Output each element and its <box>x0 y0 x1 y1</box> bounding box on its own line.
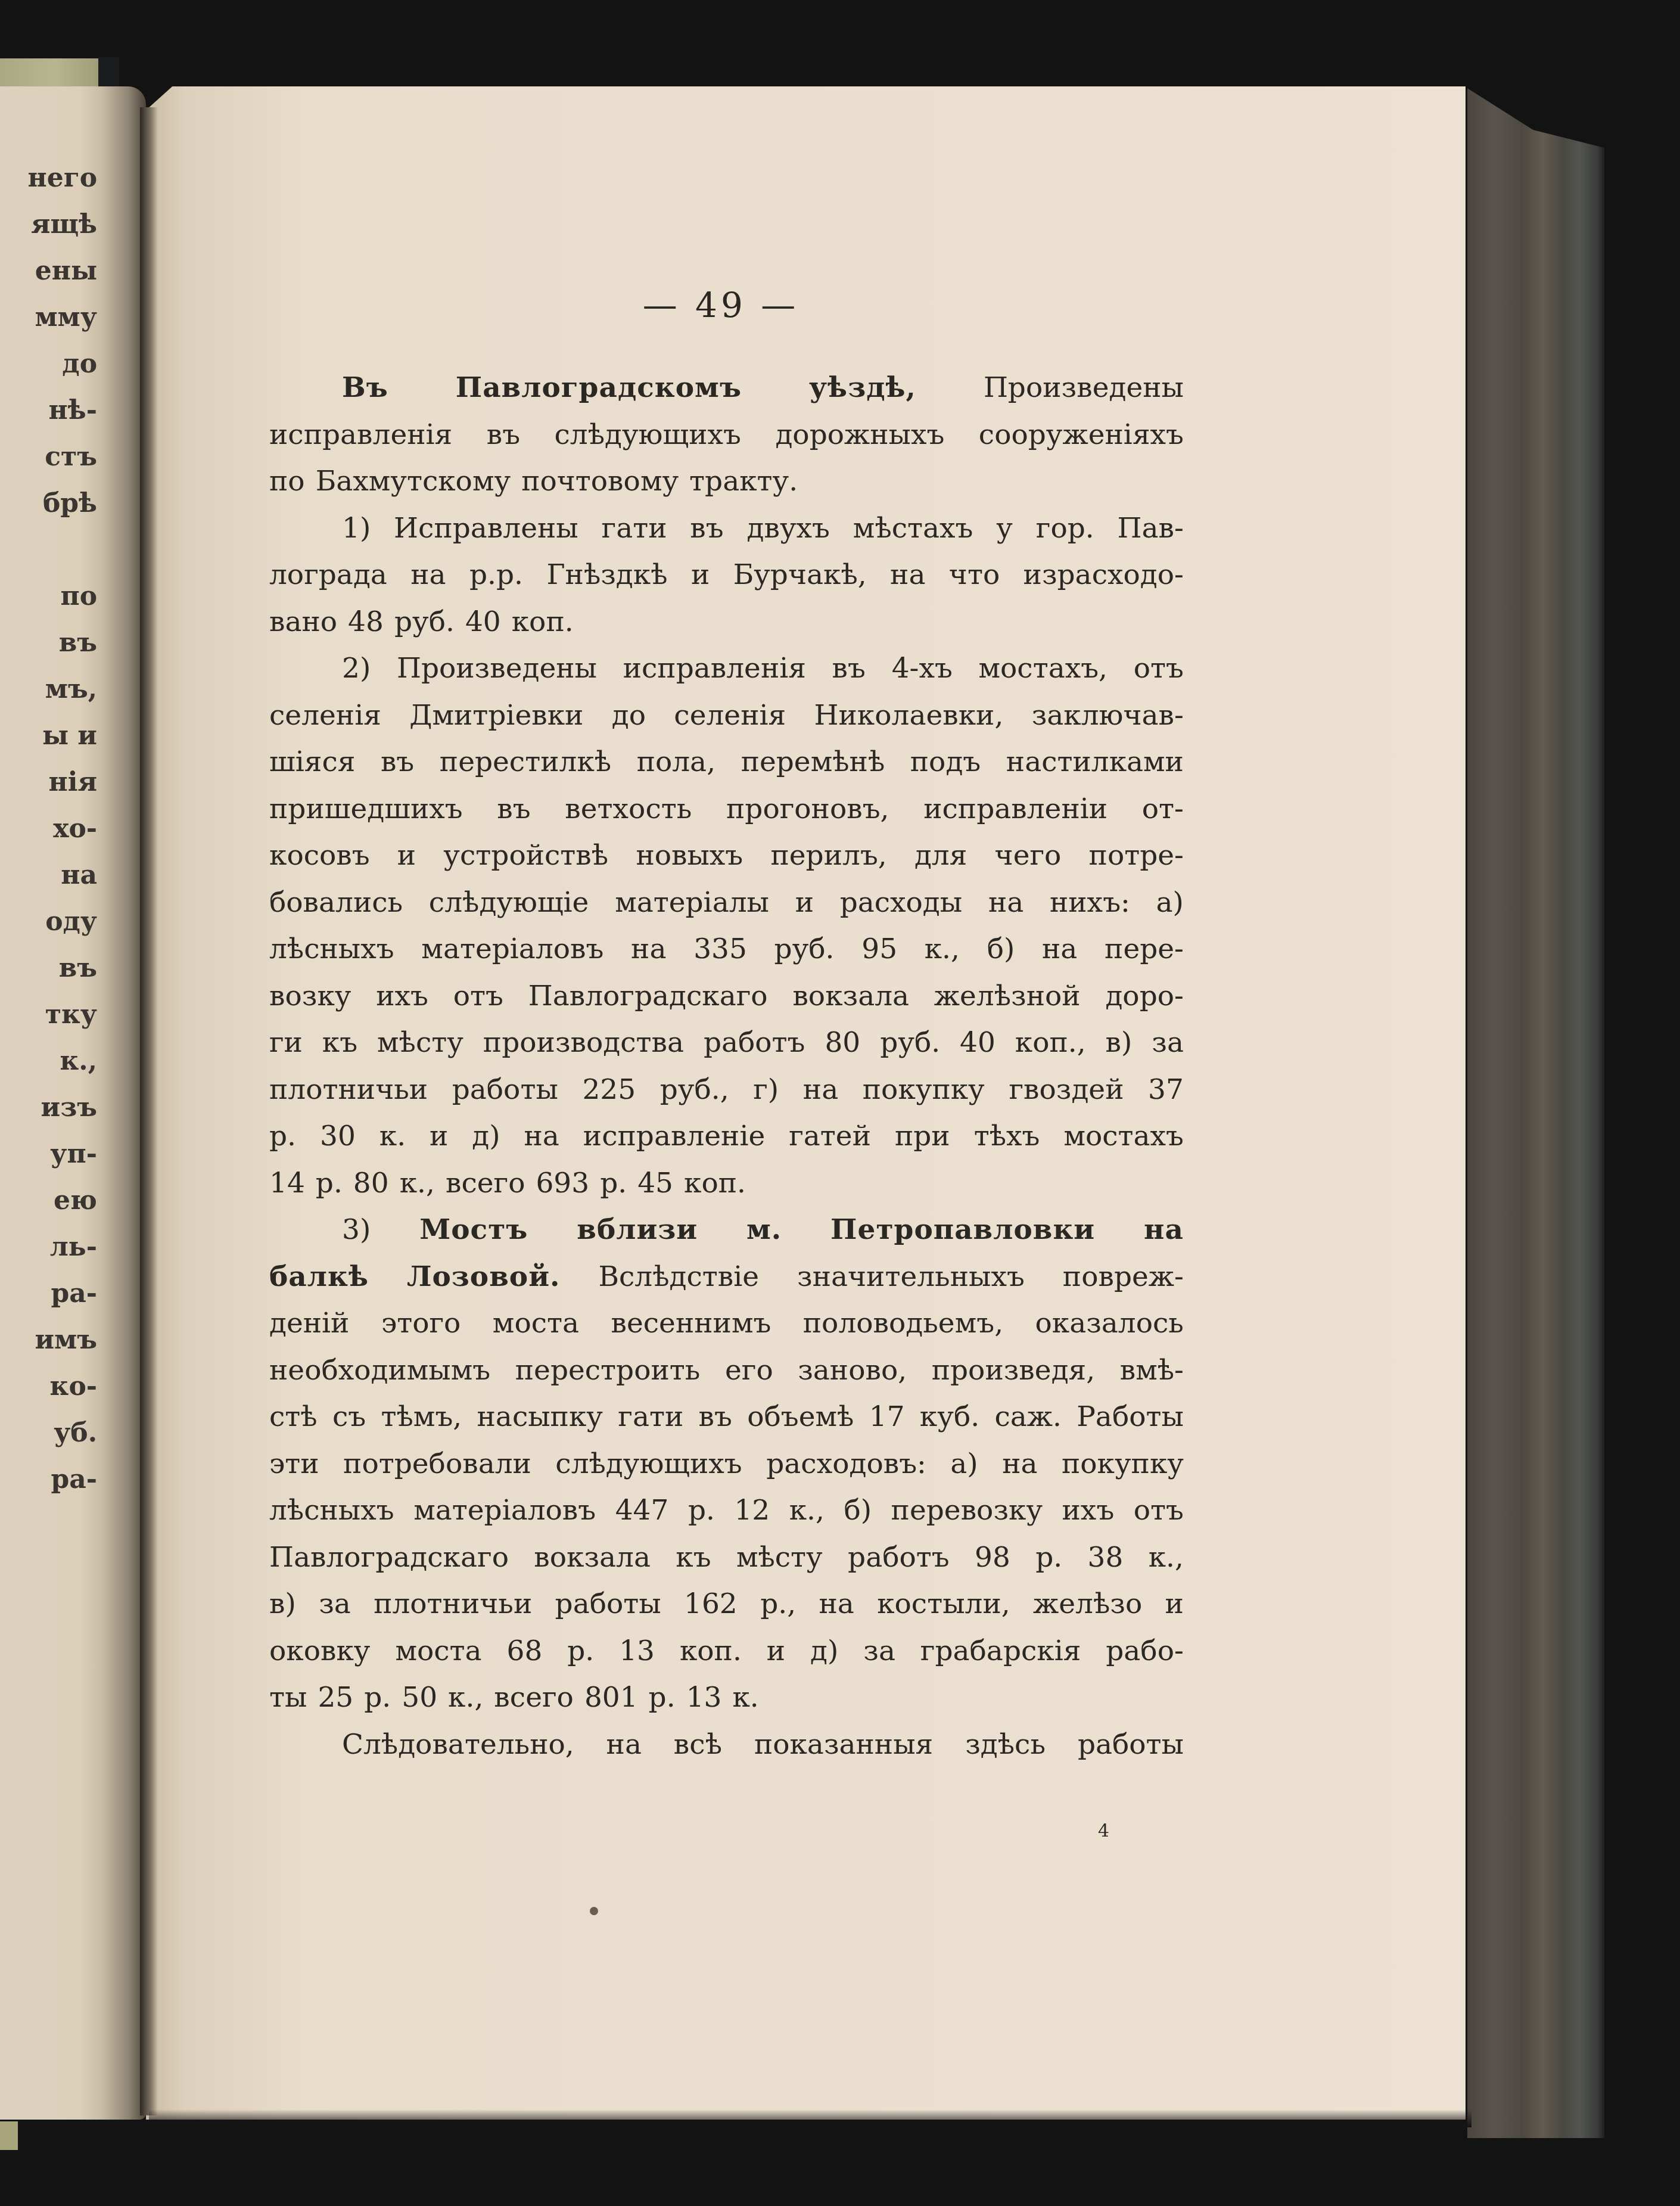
word: Николаевки, <box>814 692 1004 740</box>
word: к. <box>379 1113 406 1160</box>
left-page-fragment: по <box>60 573 97 620</box>
word: при <box>895 1113 950 1160</box>
word: к., <box>789 1487 825 1534</box>
word: израсходо- <box>1023 552 1184 599</box>
word: слѣдующихъ <box>554 412 741 459</box>
left-page-fragment: тку <box>45 992 97 1038</box>
word: половодьемъ, <box>803 1300 1003 1347</box>
word: Вслѣдствіе <box>598 1254 759 1301</box>
word: заключав- <box>1032 692 1184 740</box>
word: а) <box>1156 880 1184 927</box>
left-page-fragment: брѣ <box>43 480 97 527</box>
left-page-fragment: изъ <box>41 1085 97 1131</box>
word: въ <box>832 645 866 692</box>
word: всего <box>494 1674 574 1722</box>
word: его <box>725 1347 773 1394</box>
text-line: пришедшихъвъветхостьпрогоновъ,исправлені… <box>269 786 1184 833</box>
word: 3) <box>342 1207 371 1254</box>
word: желѣзной <box>934 973 1081 1020</box>
word: косовъ <box>269 832 370 880</box>
word: прогоновъ, <box>726 786 889 833</box>
word: моста <box>395 1628 481 1675</box>
text-line: р.30к.ид)наисправленіегатейпритѣхъмостах… <box>269 1113 1184 1160</box>
word: костыли, <box>877 1581 1010 1628</box>
left-page-fragment: к., <box>60 1038 97 1085</box>
word: Слѣдовательно, <box>342 1722 574 1769</box>
word: объемѣ <box>747 1394 854 1441</box>
word: на <box>1042 926 1077 973</box>
text-line: 14р.80к.,всего693р.45коп. <box>269 1160 1184 1207</box>
word: чего <box>995 832 1062 880</box>
word: здѣсь <box>965 1722 1046 1769</box>
text-line: Слѣдовательно,навсѣпоказанныяздѣсьработы <box>269 1722 1184 1769</box>
word: грабарскія <box>920 1628 1081 1675</box>
word: на <box>1002 1441 1037 1488</box>
word: р. <box>364 1674 391 1722</box>
word: а) <box>950 1441 978 1488</box>
word: в) <box>1106 1020 1133 1067</box>
word: расходовъ: <box>766 1441 926 1488</box>
word: слѣдующихъ <box>555 1441 742 1488</box>
text-line: в)заплотничьиработы162р.,накостыли,желѣз… <box>269 1581 1184 1628</box>
word: гвоздей <box>1009 1067 1124 1114</box>
word: мѣсту <box>736 1534 823 1582</box>
word: пере- <box>1105 926 1184 973</box>
word: р., <box>760 1581 796 1628</box>
word: до <box>612 692 646 740</box>
word: перевозку <box>891 1487 1043 1534</box>
word: и <box>767 1628 785 1675</box>
word: р. <box>567 1628 594 1675</box>
word: р. <box>316 1160 343 1207</box>
word: новыхъ <box>636 832 743 880</box>
text-line: этипотребовалислѣдующихърасходовъ:а)напо… <box>269 1441 1184 1488</box>
word: исправленія <box>623 645 806 692</box>
left-page-fragment: ею <box>54 1177 97 1224</box>
word: б) <box>844 1487 872 1534</box>
word: настилками <box>1006 739 1184 786</box>
word: от- <box>1142 786 1184 833</box>
word: тѣмъ, <box>381 1394 462 1441</box>
word: съ <box>332 1394 366 1441</box>
word: Дмитріевки <box>409 692 583 740</box>
word: двухъ <box>747 505 830 552</box>
heading-word: на <box>1144 1207 1184 1254</box>
word: ихъ <box>1062 1487 1115 1534</box>
word: руб. <box>880 1020 940 1067</box>
word: 95 <box>861 926 897 973</box>
word: тракту. <box>689 458 798 505</box>
word: дорожныхъ <box>775 412 944 459</box>
word: на <box>631 926 666 973</box>
text-line: Павлоградскаговокзалакъмѣстуработъ98р.38… <box>269 1534 1184 1582</box>
word: 30 <box>320 1113 356 1160</box>
word: на <box>890 552 925 599</box>
left-page-fragment: имъ <box>35 1317 97 1363</box>
word: 2) <box>342 645 371 692</box>
text-line: лограданар.р.ГнѣздкѣиБурчакѣ,начтоизрасх… <box>269 552 1184 599</box>
word: исправленіе <box>583 1113 765 1160</box>
word: плотничьи <box>374 1581 532 1628</box>
word: мѣстахъ <box>853 505 973 552</box>
text-line: исправленіявъслѣдующихъдорожныхъсооружен… <box>269 412 1184 459</box>
word: къ <box>676 1534 711 1582</box>
word: руб., <box>660 1067 729 1114</box>
text-line: балкѣЛозовой.Вслѣдствіезначительныхъповр… <box>269 1254 1184 1301</box>
word: к., <box>448 1674 483 1722</box>
word: р.р. <box>469 552 523 599</box>
word: что <box>949 552 1000 599</box>
body-text: ВъПавлоградскомъуѣздѣ,Произведеныисправл… <box>269 365 1184 1768</box>
text-line: селеніяДмитріевкидоселеніяНиколаевки,зак… <box>269 692 1184 740</box>
word: 80 <box>353 1160 389 1207</box>
word: заново, <box>798 1347 907 1394</box>
word: Исправлены <box>394 505 578 552</box>
word: коп. <box>680 1628 742 1675</box>
left-page-fragment: уп- <box>50 1131 97 1177</box>
word: эти <box>269 1441 319 1488</box>
left-page-fragment: нія <box>49 759 97 806</box>
word: показанныя <box>754 1722 933 1769</box>
word: подъ <box>910 739 981 786</box>
paper-speck <box>590 1907 598 1915</box>
word: 14 <box>269 1160 305 1207</box>
word: к., <box>400 1160 435 1207</box>
word: на <box>988 880 1023 927</box>
bookmark-ribbon <box>0 58 98 87</box>
word: работы <box>452 1067 558 1114</box>
word: 1) <box>342 505 371 552</box>
word: тѣхъ <box>974 1113 1040 1160</box>
word: отъ <box>1134 645 1184 692</box>
word: г) <box>753 1067 779 1114</box>
word: вокзала <box>534 1534 651 1582</box>
left-page-fragment: на <box>61 852 97 899</box>
left-page-fragment: до <box>62 341 97 387</box>
word: к., <box>1149 1534 1184 1582</box>
word: вано <box>269 599 337 646</box>
word: 162 <box>684 1581 738 1628</box>
word: за <box>319 1581 351 1628</box>
word: пришедшихъ <box>269 786 463 833</box>
word: 25 <box>318 1674 353 1722</box>
word: покупку <box>1062 1441 1184 1488</box>
word: Пав- <box>1118 505 1184 552</box>
heading-word: Павлоградскомъ <box>456 365 742 412</box>
word: и <box>397 832 416 880</box>
word: потре- <box>1089 832 1184 880</box>
word: 45 <box>637 1160 673 1207</box>
word: Бурчакѣ, <box>733 552 867 599</box>
word: р. <box>269 1113 296 1160</box>
bookmark-ribbon-bottom <box>0 2121 18 2150</box>
word: и <box>1165 1581 1184 1628</box>
word: гор. <box>1036 505 1094 552</box>
text-line: лѣсныхъматеріаловъ447р.12к.,б)перевозкуи… <box>269 1487 1184 1534</box>
word: потребовали <box>343 1441 531 1488</box>
word: 37 <box>1148 1067 1184 1114</box>
word: перилъ, <box>770 832 886 880</box>
word: бовались <box>269 880 403 927</box>
word: покупку <box>863 1067 985 1114</box>
word: возку <box>269 973 351 1020</box>
text-line: бовалисьслѣдующіематеріалыирасходынанихъ… <box>269 880 1184 927</box>
text-line: вано48руб.40коп. <box>269 599 1184 646</box>
word: и <box>430 1113 448 1160</box>
heading-word: балкѣ <box>269 1254 369 1301</box>
word: на <box>524 1113 559 1160</box>
word: перестилкѣ <box>440 739 611 786</box>
word: д) <box>810 1628 838 1675</box>
word: лограда <box>269 552 387 599</box>
word: 17 <box>869 1394 905 1441</box>
word: р. <box>600 1160 627 1207</box>
word: Павлоградскаго <box>528 973 768 1020</box>
text-line: гикъмѣступроизводстваработъ80руб.40коп.,… <box>269 1020 1184 1067</box>
word: б) <box>987 926 1015 973</box>
word: у <box>996 505 1013 552</box>
word: 98 <box>975 1534 1010 1582</box>
word: ихъ <box>376 973 428 1020</box>
left-page-fragment: ящѣ <box>31 201 97 248</box>
word: пола, <box>637 739 715 786</box>
word: 693 <box>536 1160 589 1207</box>
text-line: денійэтогомоставесеннимъполоводьемъ,оказ… <box>269 1300 1184 1347</box>
word: вмѣ- <box>1120 1347 1184 1394</box>
word: руб. <box>774 926 835 973</box>
word: исправленія <box>269 412 452 459</box>
word: 50 <box>402 1674 437 1722</box>
word: нихъ: <box>1050 880 1130 927</box>
word: ты <box>269 1674 307 1722</box>
word: для <box>914 832 967 880</box>
word: работъ <box>704 1020 805 1067</box>
text-line: возкуихъотъПавлоградскаговокзалажелѣзной… <box>269 973 1184 1020</box>
word: рабо- <box>1106 1628 1184 1675</box>
word: лѣсныхъ <box>269 1487 394 1534</box>
word: сооруженіяхъ <box>979 412 1184 459</box>
left-page-fragment: стъ <box>45 434 97 480</box>
word: 335 <box>693 926 747 973</box>
left-page-fragment: мму <box>35 294 97 341</box>
text-line: 2)Произведеныисправленіявъ4-хъмостахъ,от… <box>269 645 1184 692</box>
word: в) <box>269 1581 296 1628</box>
word: Павлоградскаго <box>269 1534 509 1582</box>
word: Работы <box>1077 1394 1184 1441</box>
word: саж. <box>994 1394 1062 1441</box>
word: коп. <box>512 599 574 646</box>
text-line: 3)Мостъвблизим.Петропавловкина <box>269 1207 1184 1254</box>
word: 80 <box>825 1020 860 1067</box>
left-page-fragment: ены <box>35 248 97 294</box>
word: куб. <box>920 1394 979 1441</box>
word: производства <box>483 1020 684 1067</box>
word: въ <box>690 505 723 552</box>
word: доро- <box>1105 973 1184 1020</box>
word: 225 <box>582 1067 636 1114</box>
left-page-fragment: ра- <box>51 1270 97 1317</box>
gutter-shadow <box>140 107 158 2115</box>
word: коп. <box>684 1160 746 1207</box>
word: Произведены <box>397 645 597 692</box>
text-line: ты25р.50к.,всего801р.13к. <box>269 1674 1184 1722</box>
word: 13 <box>619 1628 655 1675</box>
word: 801 <box>584 1674 638 1722</box>
word: 48 <box>348 599 384 646</box>
left-page-fragment: мъ, <box>45 666 97 713</box>
word: плотничьи <box>269 1067 428 1114</box>
word: 12 <box>734 1487 770 1534</box>
word: гати <box>602 505 667 552</box>
word: 40 <box>960 1020 995 1067</box>
word: въ <box>487 412 520 459</box>
left-page-fragment: оду <box>45 899 97 945</box>
heading-word: Лозовой. <box>407 1254 560 1301</box>
word: р. <box>649 1674 676 1722</box>
word: 447 <box>615 1487 669 1534</box>
word: лѣсныхъ <box>269 926 394 973</box>
word: въ <box>381 739 414 786</box>
word: ветхость <box>565 786 692 833</box>
word: 13 <box>686 1674 722 1722</box>
heading-word: Въ <box>342 365 388 412</box>
word: въ <box>497 786 530 833</box>
left-page-fragment: въ <box>59 620 97 666</box>
word: моста <box>493 1300 579 1347</box>
word: по <box>269 458 305 505</box>
word: исправленіи <box>923 786 1107 833</box>
word: желѣзо <box>1033 1581 1142 1628</box>
left-page-fragment: уб. <box>54 1410 97 1456</box>
text-line: оковкумоста68р.13коп.ид)заграбарскіярабо… <box>269 1628 1184 1675</box>
heading-word: вблизи <box>577 1207 698 1254</box>
left-page-fragment: ль- <box>50 1224 97 1270</box>
binding-edge <box>98 57 119 87</box>
word: р. <box>1035 1534 1062 1582</box>
signature-mark: 4 <box>1098 1820 1109 1841</box>
word: оковку <box>269 1628 370 1675</box>
word: Гнѣздкѣ <box>546 552 667 599</box>
word: селенія <box>269 692 381 740</box>
text-line: 1)Исправленыгативъдвухъмѣстахъугор.Пав- <box>269 505 1184 552</box>
word: д) <box>472 1113 500 1160</box>
word: работы <box>1078 1722 1184 1769</box>
word: отъ <box>453 973 503 1020</box>
text-line: плотничьиработы225руб.,г)напокупкугвозде… <box>269 1067 1184 1114</box>
page-number: — 49 — <box>631 285 810 325</box>
left-page-fragment: хо- <box>53 806 97 852</box>
page-block-edge <box>1467 88 1604 2138</box>
text-line: лѣсныхъматеріаловъна335руб.95к.,б)напере… <box>269 926 1184 973</box>
left-page-fragment: ы и <box>42 713 97 759</box>
left-page-fragment: въ <box>59 945 97 992</box>
word: на <box>606 1722 642 1769</box>
text-line: ВъПавлоградскомъуѣздѣ,Произведены <box>269 365 1184 412</box>
left-page-fragment: нѣ- <box>49 387 97 434</box>
word: перемѣнѣ <box>741 739 885 786</box>
left-page-fragment: ко- <box>50 1363 97 1410</box>
word: руб. <box>394 599 455 646</box>
word: слѣдующіе <box>429 880 589 927</box>
bottom-shadow <box>149 2109 1471 2127</box>
heading-word: Петропавловки <box>830 1207 1095 1254</box>
word: матеріаловъ <box>413 1487 596 1534</box>
word: матеріаловъ <box>421 926 603 973</box>
word: за <box>863 1628 895 1675</box>
word: стѣ <box>269 1394 318 1441</box>
word: работы <box>555 1581 661 1628</box>
word: произведя, <box>932 1347 1095 1394</box>
word: отъ <box>1134 1487 1184 1534</box>
word: повреж- <box>1063 1254 1184 1301</box>
word: за <box>1152 1020 1184 1067</box>
word: оказалось <box>1035 1300 1184 1347</box>
word: мѣсту <box>377 1020 463 1067</box>
text-line: шіясявъперестилкѣпола,перемѣнѣподънастил… <box>269 739 1184 786</box>
word: мостахъ, <box>979 645 1108 692</box>
word: шіяся <box>269 739 355 786</box>
word: 38 <box>1088 1534 1124 1582</box>
word: ги <box>269 1020 303 1067</box>
word: весеннимъ <box>611 1300 771 1347</box>
word: и <box>691 552 710 599</box>
word: гатей <box>789 1113 871 1160</box>
heading-word: м. <box>746 1207 782 1254</box>
text-line: косовъиустройствѣновыхъперилъ,длячегопот… <box>269 832 1184 880</box>
word: и <box>795 880 814 927</box>
text-line: стѣсътѣмъ,насыпкугативъобъемѣ17куб.саж.Р… <box>269 1394 1184 1441</box>
word: этого <box>381 1300 461 1347</box>
word: к. <box>732 1674 758 1722</box>
word: 40 <box>465 599 501 646</box>
word: всѣ <box>674 1722 722 1769</box>
left-page: негоящѣеныммудонѣ-стъбрѣповъмъ,ы иніяхо-… <box>0 86 146 2120</box>
word: насыпку <box>477 1394 603 1441</box>
word: матеріалы <box>615 880 769 927</box>
left-page-fragment: ра- <box>51 1456 97 1503</box>
word: деній <box>269 1300 349 1347</box>
word: мостахъ <box>1063 1113 1184 1160</box>
word: к., <box>925 926 960 973</box>
word: почтовому <box>521 458 679 505</box>
word: 68 <box>507 1628 543 1675</box>
word: работъ <box>848 1534 950 1582</box>
left-page-fragment: него <box>27 155 97 201</box>
word: Произведены <box>984 365 1184 412</box>
heading-word: уѣздѣ, <box>809 365 916 412</box>
word: на <box>803 1067 838 1114</box>
word: 4-хъ <box>892 645 953 692</box>
word: всего <box>446 1160 525 1207</box>
word: Бахмутскому <box>316 458 511 505</box>
word: на <box>410 552 446 599</box>
word: необходимымъ <box>269 1347 490 1394</box>
word: вокзала <box>792 973 909 1020</box>
word: р. <box>688 1487 715 1534</box>
word: въ <box>699 1394 732 1441</box>
word: селенія <box>674 692 786 740</box>
word: коп., <box>1015 1020 1086 1067</box>
word: перестроить <box>515 1347 701 1394</box>
word: гати <box>618 1394 683 1441</box>
word: значительныхъ <box>797 1254 1025 1301</box>
word: на <box>819 1581 854 1628</box>
word: расходы <box>840 880 963 927</box>
word: къ <box>322 1020 357 1067</box>
text-line: поБахмутскомупочтовомутракту. <box>269 458 1184 505</box>
word: устройствѣ <box>443 832 608 880</box>
heading-word: Мостъ <box>419 1207 528 1254</box>
